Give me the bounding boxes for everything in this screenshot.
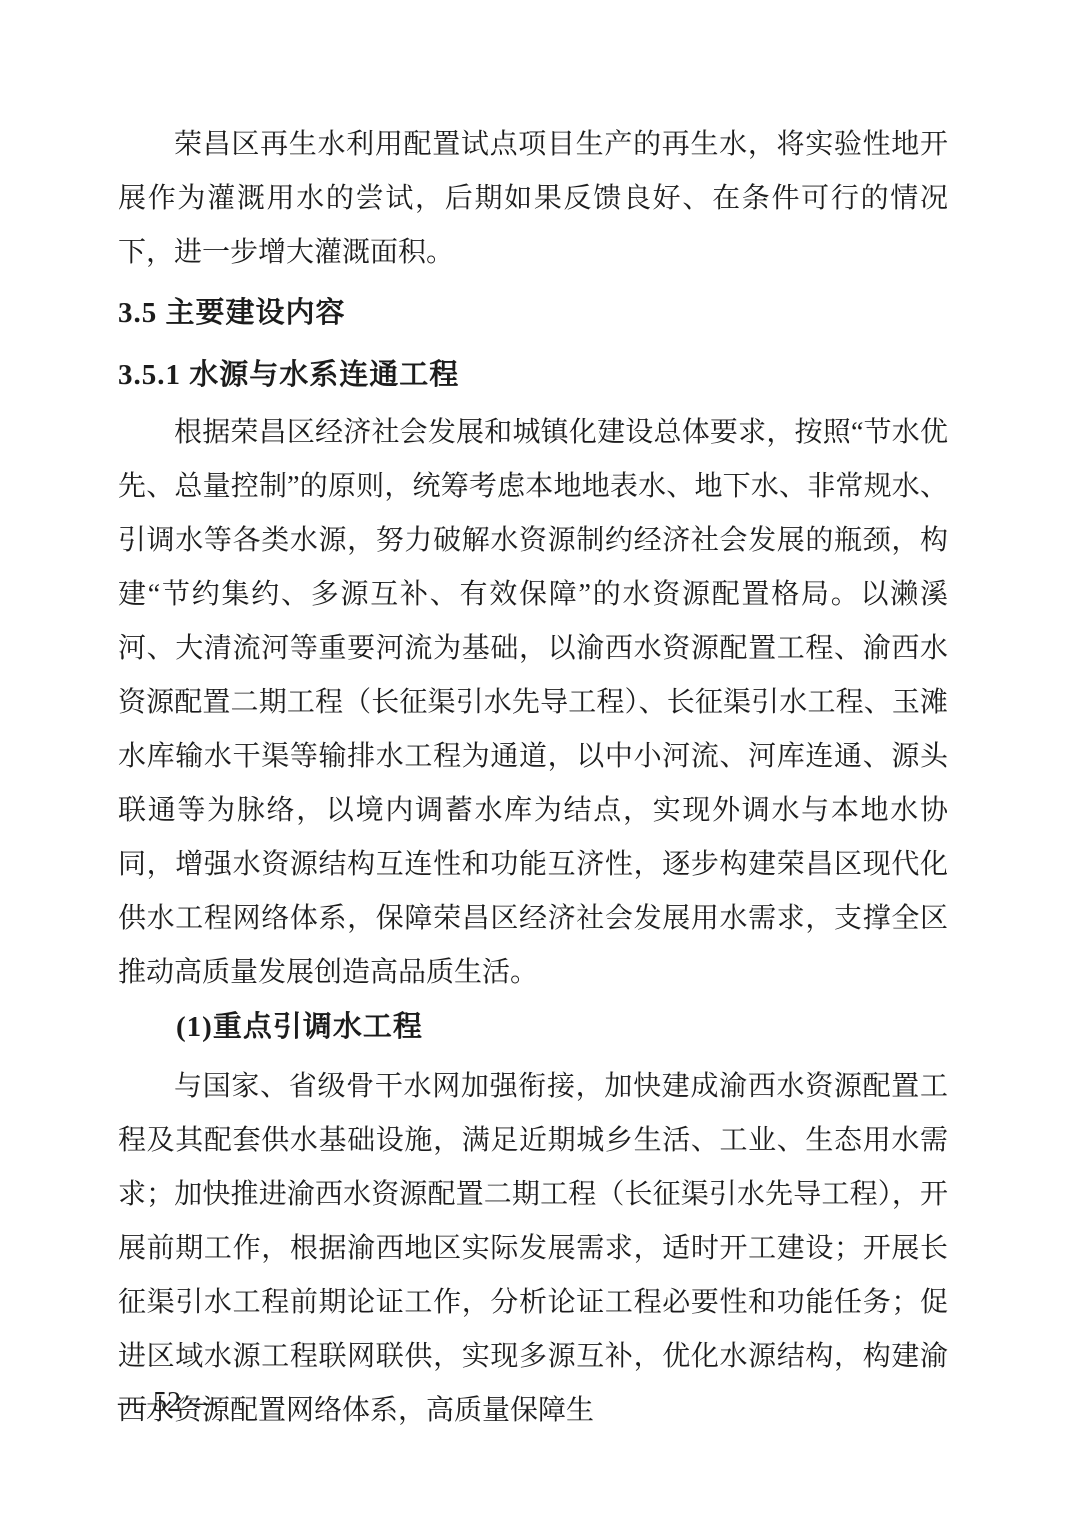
document-page: 荣昌区再生水利用配置试点项目生产的再生水，将实验性地开展作为灌溉用水的尝试，后期… [0,0,1074,1520]
section-heading-3-5: 3.5 主要建设内容 [118,286,948,340]
page-number: — 52 — [118,1387,216,1418]
paragraph-diversion-projects: 与国家、省级骨干水网加强衔接，加快建成渝西水资源配置工程及其配套供水基础设施，满… [118,1060,948,1438]
paragraph-reclaimed-water: 荣昌区再生水利用配置试点项目生产的再生水，将实验性地开展作为灌溉用水的尝试，后期… [118,118,948,280]
section-heading-3-5-1: 3.5.1 水源与水系连通工程 [118,348,948,402]
subheading-key-water-diversion-projects: (1)重点引调水工程 [118,1000,948,1054]
page-content: 荣昌区再生水利用配置试点项目生产的再生水，将实验性地开展作为灌溉用水的尝试，后期… [118,118,948,1438]
paragraph-water-network: 根据荣昌区经济社会发展和城镇化建设总体要求，按照“节水优先、总量控制”的原则，统… [118,406,948,1000]
page-footer: — 52 — [118,1386,216,1420]
